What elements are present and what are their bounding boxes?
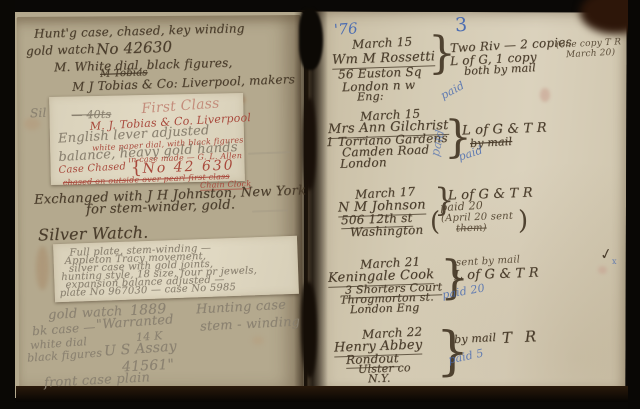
entry3-paren-open: ( — [430, 209, 440, 235]
notebook-photo: Hunt'g case, chased, key winding gold wa… — [0, 0, 640, 409]
bleed-mark — [598, 266, 607, 274]
year-mark: '76 — [333, 19, 358, 39]
right-black-border — [628, 0, 640, 409]
left-black-border — [0, 0, 15, 409]
gutter-tear-mid — [303, 98, 316, 190]
entry5-item2: T R — [502, 327, 541, 347]
slip1-case-chased: Case Chased — [58, 161, 126, 176]
bleed-mark — [540, 88, 550, 102]
entry4-item2: L of G & T R — [454, 266, 539, 284]
entry1-addr3: Eng: — [357, 90, 384, 104]
stain — [252, 336, 264, 345]
page-number: 3 — [454, 14, 467, 37]
entry3-paren-close: ) — [518, 208, 528, 234]
note-gold-watch: gold watch — [26, 42, 95, 58]
entry5-addr3: N.Y. — [368, 372, 391, 386]
entry3-item4: them) — [456, 222, 487, 234]
gutter-tear-top — [299, 8, 323, 70]
entry3-addr2: Washington — [350, 223, 424, 240]
pasted-slip-tobias: — 40ts First Class M. J. Tobias & Co. Li… — [49, 93, 245, 185]
pasted-slip-silver-watch: Full plate, stem-winding — Appleton Trac… — [53, 236, 299, 302]
entry2-addr3: London — [340, 155, 387, 171]
book-bottom-edge — [16, 386, 628, 402]
note-watch-number: No 42630 — [96, 38, 173, 59]
gutter-tear-low — [301, 282, 317, 378]
blue-x-mark: x — [612, 257, 617, 266]
partial-word-sil: Sil — [30, 106, 47, 121]
entry4-addr3: London Eng — [350, 301, 420, 316]
entry5-item1: by mail — [454, 331, 497, 346]
stain — [36, 246, 49, 290]
